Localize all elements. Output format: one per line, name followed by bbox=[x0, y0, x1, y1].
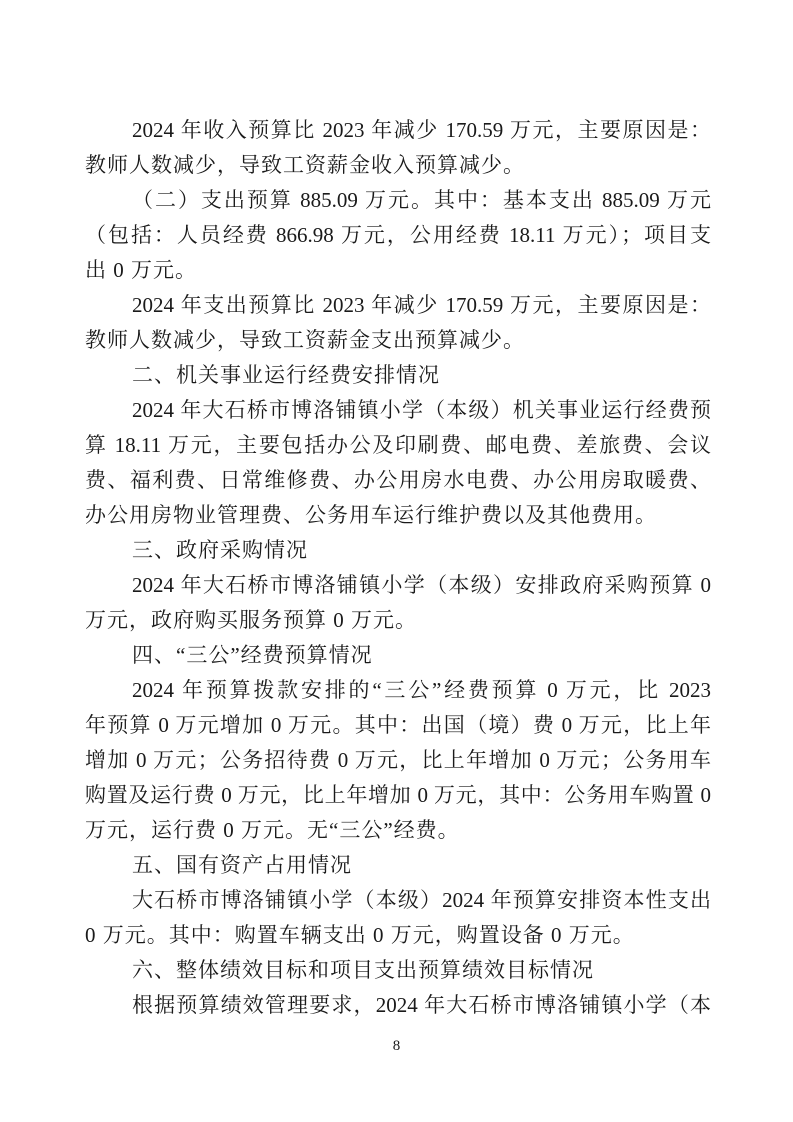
text-line: 购置及运行费 0 万元，比上年增加 0 万元，其中：公务用车购置 0 bbox=[85, 778, 711, 813]
document-page: 2024 年收入预算比 2023 年减少 170.59 万元，主要原因是：教师人… bbox=[0, 0, 793, 1122]
text-line: 2024 年大石桥市博洛铺镇小学（本级）安排政府采购预算 0 bbox=[85, 568, 711, 603]
text-line: 五、国有资产占用情况 bbox=[85, 848, 711, 883]
text-line: 大石桥市博洛铺镇小学（本级）2024 年预算安排资本性支出 bbox=[85, 883, 711, 918]
text-line: 算 18.11 万元，主要包括办公及印刷费、邮电费、差旅费、会议 bbox=[85, 428, 711, 463]
text-line: 万元，政府购买服务预算 0 万元。 bbox=[85, 603, 711, 638]
document-body: 2024 年收入预算比 2023 年减少 170.59 万元，主要原因是：教师人… bbox=[85, 113, 711, 1023]
text-line: 2024 年收入预算比 2023 年减少 170.59 万元，主要原因是： bbox=[85, 113, 711, 148]
text-line: （二）支出预算 885.09 万元。其中：基本支出 885.09 万元 bbox=[85, 183, 711, 218]
text-line: （包括：人员经费 866.98 万元，公用经费 18.11 万元）；项目支 bbox=[85, 218, 711, 253]
text-line: 六、整体绩效目标和项目支出预算绩效目标情况 bbox=[85, 953, 711, 988]
text-line: 万元，运行费 0 万元。无“三公”经费。 bbox=[85, 813, 711, 848]
text-line: 2024 年预算拨款安排的“三公”经费预算 0 万元，比 2023 bbox=[85, 673, 711, 708]
text-line: 二、机关事业运行经费安排情况 bbox=[85, 358, 711, 393]
text-line: 办公用房物业管理费、公务用车运行维护费以及其他费用。 bbox=[85, 498, 711, 533]
text-line: 增加 0 万元；公务招待费 0 万元，比上年增加 0 万元；公务用车 bbox=[85, 743, 711, 778]
text-line: 四、“三公”经费预算情况 bbox=[85, 638, 711, 673]
text-line: 2024 年支出预算比 2023 年减少 170.59 万元，主要原因是： bbox=[85, 288, 711, 323]
text-line: 费、福利费、日常维修费、办公用房水电费、办公用房取暖费、 bbox=[85, 463, 711, 498]
text-line: 出 0 万元。 bbox=[85, 253, 711, 288]
text-line: 年预算 0 万元增加 0 万元。其中：出国（境）费 0 万元，比上年 bbox=[85, 708, 711, 743]
text-line: 0 万元。其中：购置车辆支出 0 万元，购置设备 0 万元。 bbox=[85, 918, 711, 953]
text-line: 根据预算绩效管理要求，2024 年大石桥市博洛铺镇小学（本 bbox=[85, 988, 711, 1023]
text-line: 2024 年大石桥市博洛铺镇小学（本级）机关事业运行经费预 bbox=[85, 393, 711, 428]
page-number: 8 bbox=[0, 1036, 793, 1056]
text-line: 教师人数减少，导致工资薪金收入预算减少。 bbox=[85, 148, 711, 183]
text-line: 三、政府采购情况 bbox=[85, 533, 711, 568]
text-line: 教师人数减少，导致工资薪金支出预算减少。 bbox=[85, 323, 711, 358]
